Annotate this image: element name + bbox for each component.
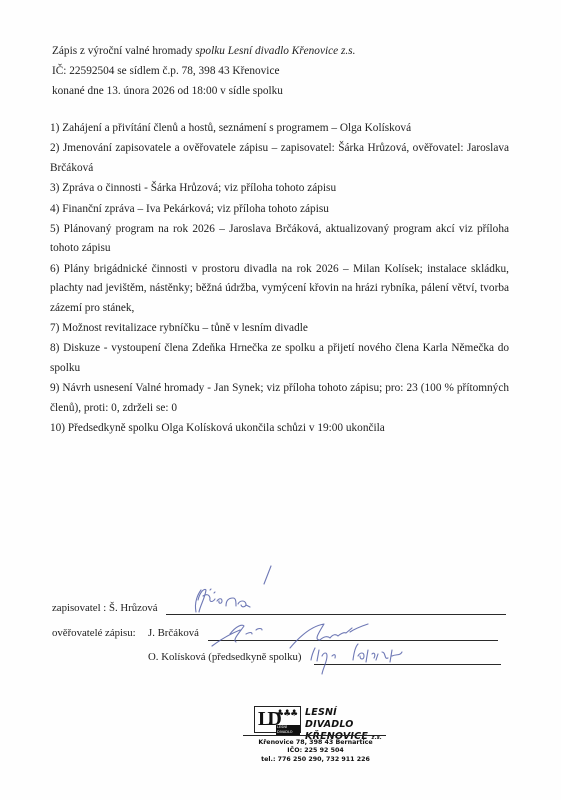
logo-letters: LD (258, 708, 278, 730)
stamp-phone: tel.: 776 250 290, 732 911 226 (243, 756, 388, 764)
stamp-divider (243, 735, 386, 736)
hruzova-signature (195, 589, 250, 612)
stray-pen-mark (264, 566, 271, 584)
stamp-contact: Křenovice 78, 398 43 Bernartice IČO: 225… (243, 739, 388, 764)
handwritten-signatures (0, 0, 561, 800)
stamp-ico: IČO: 225 92 504 (243, 747, 388, 755)
association-stamp: LD ♣♣♣ LESNÍ DIVADLO LESNÍ DIVADLO KŘENO… (243, 703, 388, 775)
stamp-name-line1: LESNÍ DIVADLO (305, 707, 388, 731)
brcakova-signature (212, 624, 368, 648)
document-page: Zápis z výroční valné hromady spolku Les… (0, 0, 561, 800)
theatre-logo: LD ♣♣♣ LESNÍ DIVADLO (254, 706, 301, 733)
trees-icon: ♣♣♣ (276, 710, 297, 719)
logo-caption: LESNÍ DIVADLO (276, 725, 300, 735)
koliskova-signature (311, 644, 402, 674)
